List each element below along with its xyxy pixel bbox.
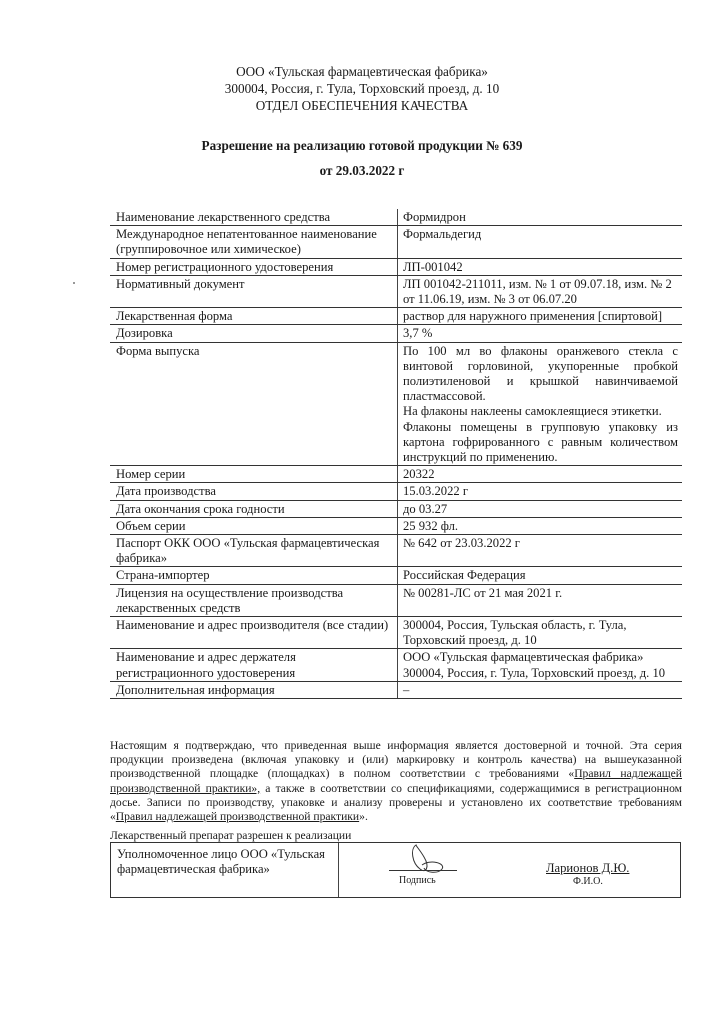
company-name: ООО «Тульская фармацевтическая фабрика»: [0, 63, 724, 80]
statement-text-3: ».: [359, 810, 368, 823]
value-paragraph: ООО «Тульская фармацевтическая фабрика» …: [403, 650, 678, 680]
table-row: Дата производства15.03.2022 г: [110, 483, 682, 500]
value-paragraph: раствор для наружного применения [спирто…: [403, 309, 678, 324]
value-paragraph: ЛП-001042: [403, 260, 678, 275]
row-label: Дополнительная информация: [110, 681, 398, 698]
value-paragraph: Флаконы помещены в групповую упаковку из…: [403, 420, 678, 466]
row-label: Международное непатентованное наименован…: [110, 226, 398, 258]
row-label: Лицензия на осуществление производства л…: [110, 584, 398, 616]
row-value: № 642 от 23.03.2022 г: [398, 535, 683, 567]
row-label: Наименование и адрес производителя (все …: [110, 617, 398, 649]
value-paragraph: Формальдегид: [403, 227, 678, 242]
row-label: Дата производства: [110, 483, 398, 500]
row-value: По 100 мл во флаконы оранжевого стекла с…: [398, 342, 683, 466]
row-value: Формидрон: [398, 209, 683, 226]
row-label: Номер регистрационного удостоверения: [110, 258, 398, 275]
value-paragraph: Формидрон: [403, 210, 678, 225]
table-row: Международное непатентованное наименован…: [110, 226, 682, 258]
table-row: Нормативный документЛП 001042-211011, из…: [110, 275, 682, 307]
table-row: Лицензия на осуществление производства л…: [110, 584, 682, 616]
table-row: Номер регистрационного удостоверенияЛП-0…: [110, 258, 682, 275]
scan-speck: [73, 282, 75, 284]
approval-note: Лекарственный препарат разрешен к реализ…: [110, 829, 351, 842]
value-paragraph: до 03.27: [403, 502, 678, 517]
row-value: ЛП 001042-211011, изм. № 1 от 09.07.18, …: [398, 275, 683, 307]
name-caption: Ф.И.О.: [573, 876, 603, 887]
signature-line: [389, 870, 457, 871]
signer-name: Ларионов Д.Ю.: [546, 861, 629, 876]
signature-block: Уполномоченное лицо ООО «Тульская фармац…: [110, 842, 681, 898]
table-row: Дополнительная информация–: [110, 681, 682, 698]
table-row: Наименование и адрес держателя регистрац…: [110, 649, 682, 681]
authorized-person: Уполномоченное лицо ООО «Тульская фармац…: [111, 843, 339, 897]
row-label: Нормативный документ: [110, 275, 398, 307]
row-label: Дозировка: [110, 325, 398, 342]
row-value: 300004, Россия, Тульская область, г. Тул…: [398, 617, 683, 649]
row-label: Наименование и адрес держателя регистрац…: [110, 649, 398, 681]
table-row: Номер серии20322: [110, 466, 682, 483]
row-value: 20322: [398, 466, 683, 483]
row-value: –: [398, 681, 683, 698]
value-paragraph: 3,7 %: [403, 326, 678, 341]
row-value: до 03.27: [398, 500, 683, 517]
table-row: Лекарственная формараствор для наружного…: [110, 308, 682, 325]
row-label: Форма выпуска: [110, 342, 398, 466]
row-value: ЛП-001042: [398, 258, 683, 275]
table-row: Дозировка3,7 %: [110, 325, 682, 342]
row-value: 15.03.2022 г: [398, 483, 683, 500]
product-info-table: Наименование лекарственного средстваФорм…: [110, 209, 682, 699]
row-value: раствор для наружного применения [спирто…: [398, 308, 683, 325]
table-row: Форма выпускаПо 100 мл во флаконы оранже…: [110, 342, 682, 466]
value-paragraph: № 00281-ЛС от 21 мая 2021 г.: [403, 586, 678, 601]
gmp-rules-link-2: Правил надлежащей производственной практ…: [116, 810, 359, 823]
table-row: Дата окончания срока годностидо 03.27: [110, 500, 682, 517]
row-value: Формальдегид: [398, 226, 683, 258]
document-title: Разрешение на реализацию готовой продукц…: [0, 138, 724, 154]
row-label: Лекарственная форма: [110, 308, 398, 325]
row-value: Российская Федерация: [398, 567, 683, 584]
row-label: Наименование лекарственного средства: [110, 209, 398, 226]
letterhead: ООО «Тульская фармацевтическая фабрика» …: [0, 63, 724, 114]
row-label: Дата окончания срока годности: [110, 500, 398, 517]
handwritten-signature-icon: [406, 843, 456, 877]
value-paragraph: –: [403, 683, 678, 698]
value-paragraph: 25 932 фл.: [403, 519, 678, 534]
company-address: 300004, Россия, г. Тула, Торховский прое…: [0, 80, 724, 97]
value-paragraph: По 100 мл во флаконы оранжевого стекла с…: [403, 344, 678, 405]
table-row: Наименование лекарственного средстваФорм…: [110, 209, 682, 226]
value-paragraph: 15.03.2022 г: [403, 484, 678, 499]
department-name: ОТДЕЛ ОБЕСПЕЧЕНИЯ КАЧЕСТВА: [0, 97, 724, 114]
value-paragraph: 20322: [403, 467, 678, 482]
value-paragraph: На флаконы наклеены самоклеящиеся этикет…: [403, 404, 678, 419]
row-label: Номер серии: [110, 466, 398, 483]
document-date: от 29.03.2022 г: [0, 163, 724, 179]
table-row: Паспорт ОКК ООО «Тульская фармацевтическ…: [110, 535, 682, 567]
value-paragraph: 300004, Россия, Тульская область, г. Тул…: [403, 618, 678, 648]
table-row: Страна-импортерРоссийская Федерация: [110, 567, 682, 584]
row-value: 25 932 фл.: [398, 517, 683, 534]
value-paragraph: Российская Федерация: [403, 568, 678, 583]
table-row: Наименование и адрес производителя (все …: [110, 617, 682, 649]
value-paragraph: № 642 от 23.03.2022 г: [403, 536, 678, 551]
row-label: Страна-импортер: [110, 567, 398, 584]
confirmation-statement: Настоящим я подтверждаю, что приведенная…: [110, 739, 682, 824]
row-value: ООО «Тульская фармацевтическая фабрика» …: [398, 649, 683, 681]
row-label: Объем серии: [110, 517, 398, 534]
row-label: Паспорт ОКК ООО «Тульская фармацевтическ…: [110, 535, 398, 567]
signature-caption: Подпись: [399, 875, 436, 886]
table-row: Объем серии25 932 фл.: [110, 517, 682, 534]
row-value: № 00281-ЛС от 21 мая 2021 г.: [398, 584, 683, 616]
value-paragraph: ЛП 001042-211011, изм. № 1 от 09.07.18, …: [403, 277, 678, 307]
row-value: 3,7 %: [398, 325, 683, 342]
